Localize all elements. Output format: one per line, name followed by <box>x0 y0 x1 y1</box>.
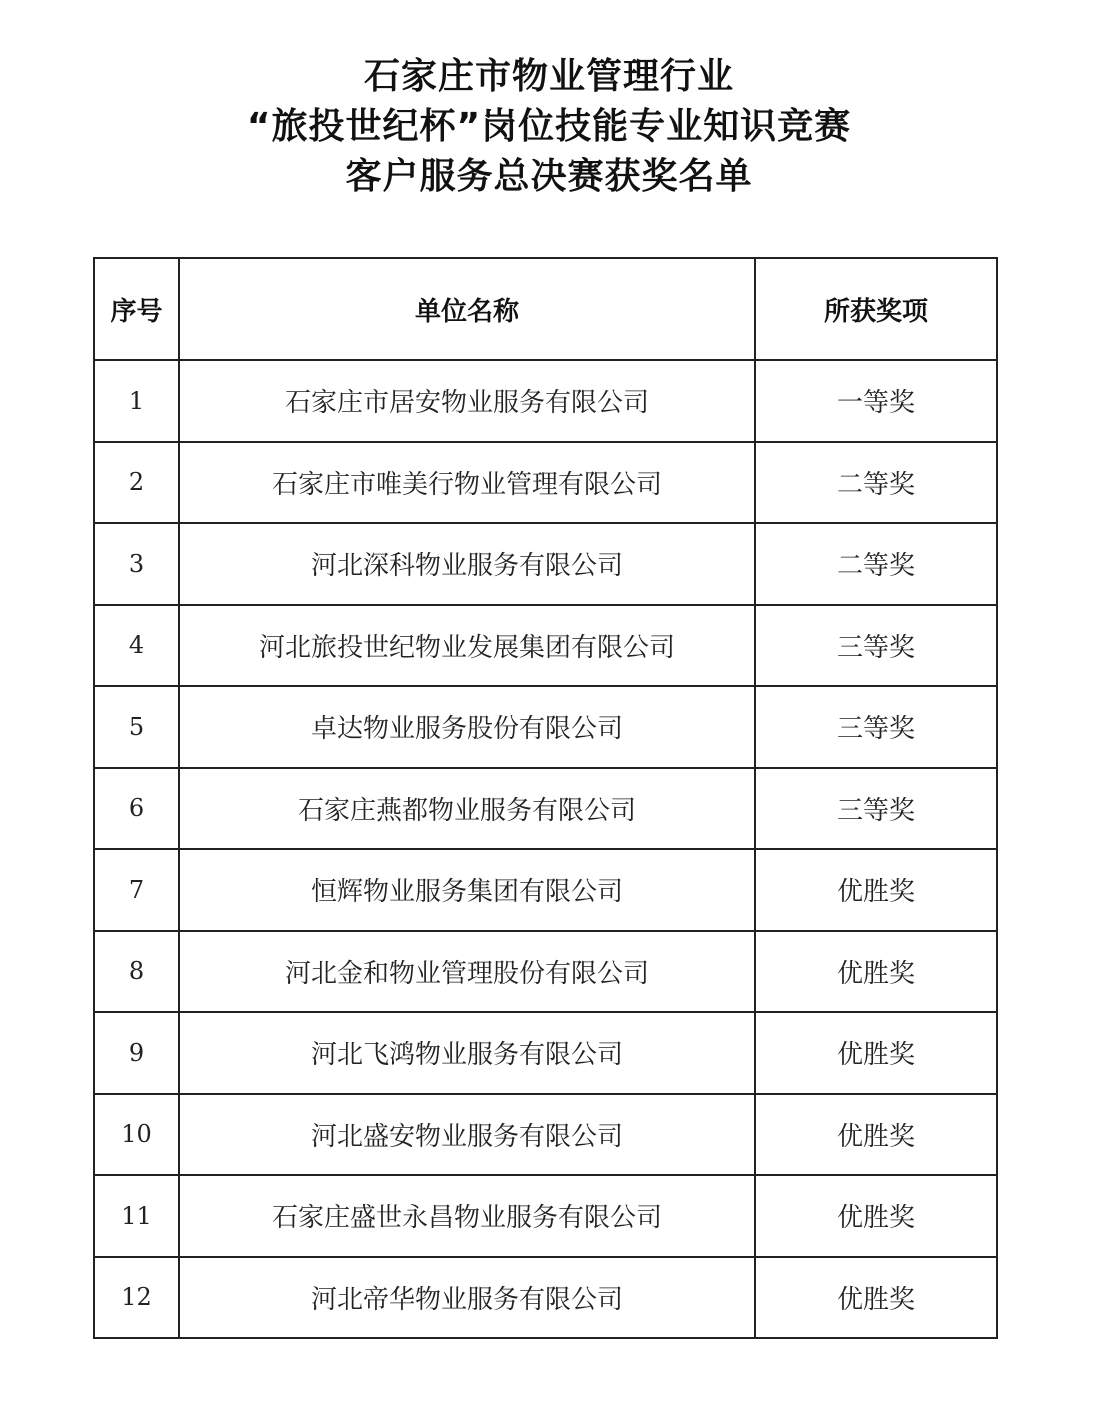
award-name: 优胜奖 <box>755 849 997 931</box>
company-name: 石家庄市唯美行物业管理有限公司 <box>179 442 755 524</box>
company-name: 河北盛安物业服务有限公司 <box>179 1094 755 1176</box>
table-row: 8 河北金和物业管理股份有限公司 优胜奖 <box>94 931 997 1013</box>
header-serial-number: 序号 <box>94 258 179 360</box>
company-name: 河北金和物业管理股份有限公司 <box>179 931 755 1013</box>
header-award: 所获奖项 <box>755 258 997 360</box>
title-line-1: 石家庄市物业管理行业 <box>0 52 1098 102</box>
table-row: 10 河北盛安物业服务有限公司 优胜奖 <box>94 1094 997 1176</box>
award-table: 序号 单位名称 所获奖项 1 石家庄市居安物业服务有限公司 一等奖 2 石家庄市… <box>93 257 998 1339</box>
row-number: 3 <box>94 523 179 605</box>
title-line-3: 客户服务总决赛获奖名单 <box>0 152 1098 202</box>
document-title: 石家庄市物业管理行业 “旅投世纪杯”岗位技能专业知识竞赛 客户服务总决赛获奖名单 <box>0 52 1098 202</box>
row-number: 11 <box>94 1175 179 1257</box>
row-number: 2 <box>94 442 179 524</box>
award-name: 一等奖 <box>755 360 997 442</box>
table-row: 7 恒辉物业服务集团有限公司 优胜奖 <box>94 849 997 931</box>
company-name: 河北飞鸿物业服务有限公司 <box>179 1012 755 1094</box>
header-company-name: 单位名称 <box>179 258 755 360</box>
row-number: 1 <box>94 360 179 442</box>
award-name: 三等奖 <box>755 768 997 850</box>
company-name: 恒辉物业服务集团有限公司 <box>179 849 755 931</box>
row-number: 5 <box>94 686 179 768</box>
award-name: 优胜奖 <box>755 1175 997 1257</box>
table-row: 5 卓达物业服务股份有限公司 三等奖 <box>94 686 997 768</box>
award-name: 优胜奖 <box>755 1257 997 1339</box>
table-row: 4 河北旅投世纪物业发展集团有限公司 三等奖 <box>94 605 997 687</box>
table-row: 11 石家庄盛世永昌物业服务有限公司 优胜奖 <box>94 1175 997 1257</box>
company-name: 河北帝华物业服务有限公司 <box>179 1257 755 1339</box>
table-row: 2 石家庄市唯美行物业管理有限公司 二等奖 <box>94 442 997 524</box>
row-number: 8 <box>94 931 179 1013</box>
row-number: 10 <box>94 1094 179 1176</box>
company-name: 河北深科物业服务有限公司 <box>179 523 755 605</box>
company-name: 石家庄市居安物业服务有限公司 <box>179 360 755 442</box>
company-name: 石家庄燕都物业服务有限公司 <box>179 768 755 850</box>
row-number: 9 <box>94 1012 179 1094</box>
award-name: 二等奖 <box>755 442 997 524</box>
company-name: 石家庄盛世永昌物业服务有限公司 <box>179 1175 755 1257</box>
table-header-row: 序号 单位名称 所获奖项 <box>94 258 997 360</box>
award-name: 优胜奖 <box>755 1012 997 1094</box>
company-name: 河北旅投世纪物业发展集团有限公司 <box>179 605 755 687</box>
table-row: 3 河北深科物业服务有限公司 二等奖 <box>94 523 997 605</box>
row-number: 7 <box>94 849 179 931</box>
company-name: 卓达物业服务股份有限公司 <box>179 686 755 768</box>
table-row: 1 石家庄市居安物业服务有限公司 一等奖 <box>94 360 997 442</box>
table-row: 9 河北飞鸿物业服务有限公司 优胜奖 <box>94 1012 997 1094</box>
award-name: 二等奖 <box>755 523 997 605</box>
award-name: 三等奖 <box>755 605 997 687</box>
award-name: 优胜奖 <box>755 931 997 1013</box>
row-number: 12 <box>94 1257 179 1339</box>
row-number: 6 <box>94 768 179 850</box>
award-name: 三等奖 <box>755 686 997 768</box>
table-row: 12 河北帝华物业服务有限公司 优胜奖 <box>94 1257 997 1339</box>
title-line-2: “旅投世纪杯”岗位技能专业知识竞赛 <box>0 102 1098 152</box>
row-number: 4 <box>94 605 179 687</box>
award-name: 优胜奖 <box>755 1094 997 1176</box>
table-row: 6 石家庄燕都物业服务有限公司 三等奖 <box>94 768 997 850</box>
